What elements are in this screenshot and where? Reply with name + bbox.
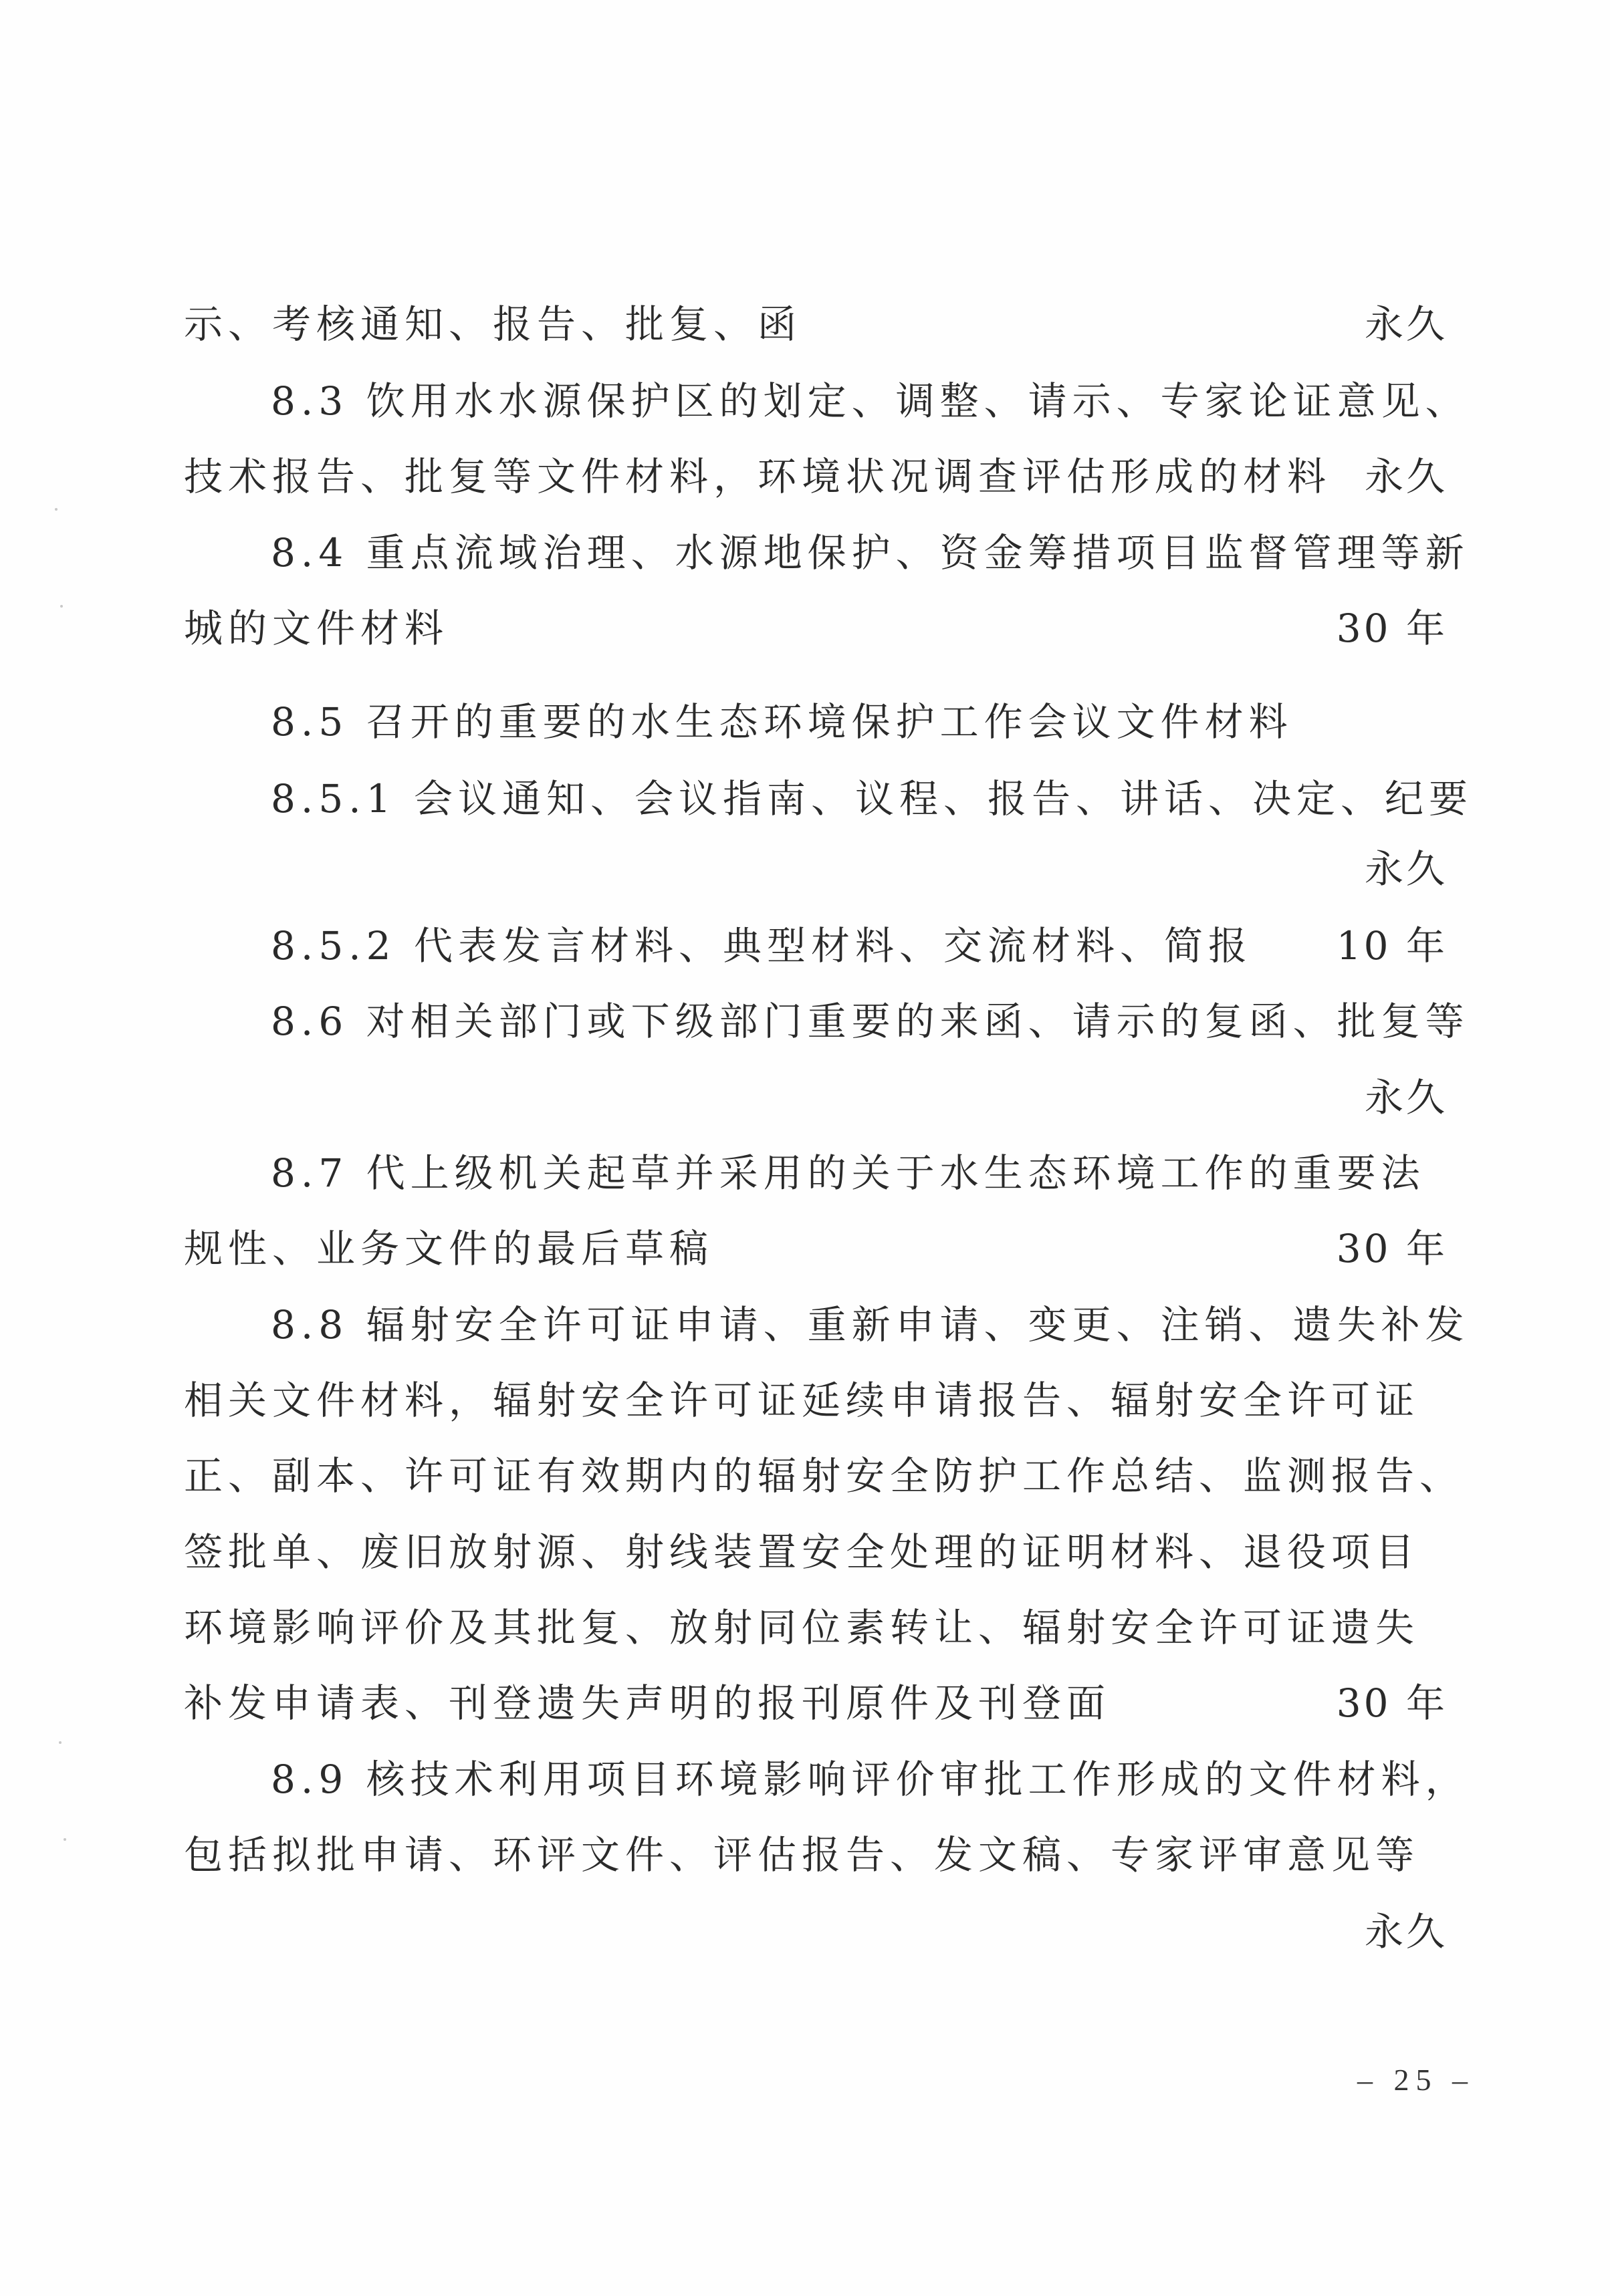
retention-period: 30 年	[1337, 598, 1448, 658]
text-line-item-8-4: 8.4 重点流域治理、水源地保护、资金筹措项目监督管理等新	[271, 523, 1448, 583]
scan-speck	[60, 605, 63, 608]
document-page: 示、考核通知、报告、批复、函 永久 8.3 饮用水水源保护区的划定、调整、请示、…	[0, 0, 1610, 2296]
line-text: 相关文件材料，辐射安全许可证延续申请报告、辐射安全许可证	[184, 1370, 1419, 1430]
line-text: 包括拟批申请、环评文件、评估报告、发文稿、专家评审意见等	[184, 1825, 1419, 1885]
line-text: 8.9 核技术利用项目环境影响评价审批工作形成的文件材料，	[271, 1749, 1470, 1809]
text-line: 环境影响评价及其批复、放射同位素转让、辐射安全许可证遗失	[184, 1598, 1448, 1658]
text-line-item-8-3: 8.3 饮用水水源保护区的划定、调整、请示、专家论证意见、	[271, 371, 1448, 431]
text-line-item-8-7: 8.7 代上级机关起草并采用的关于水生态环境工作的重要法	[271, 1143, 1448, 1203]
text-line: 包括拟批申请、环评文件、评估报告、发文稿、专家评审意见等	[184, 1825, 1448, 1885]
line-text: 8.3 饮用水水源保护区的划定、调整、请示、专家论证意见、	[271, 371, 1470, 431]
line-text: 补发申请表、刊登遗失声明的报刊原件及刊登面	[184, 1673, 1111, 1733]
retention-period: 永久	[1365, 1902, 1448, 1962]
text-line: 示、考核通知、报告、批复、函 永久	[184, 294, 1448, 354]
line-text: 签批单、废旧放射源、射线装置安全处理的证明材料、退役项目	[184, 1522, 1419, 1582]
retention-period: 永久	[1365, 294, 1448, 354]
text-line-item-8-6: 8.6 对相关部门或下级部门重要的来函、请示的复函、批复等	[271, 991, 1448, 1051]
text-line-item-8-5: 8.5 召开的重要的水生态环境保护工作会议文件材料	[271, 692, 1448, 752]
line-text: 环境影响评价及其批复、放射同位素转让、辐射安全许可证遗失	[184, 1598, 1419, 1658]
line-text: 示、考核通知、报告、批复、函	[184, 294, 802, 354]
text-line-item-8-9: 8.9 核技术利用项目环境影响评价审批工作形成的文件材料，	[271, 1749, 1448, 1809]
line-text: 8.5 召开的重要的水生态环境保护工作会议文件材料	[271, 692, 1293, 752]
text-line: 城的文件材料 30 年	[184, 598, 1448, 658]
text-line-item-8-5-1: 8.5.1 会议通知、会议指南、议程、报告、讲话、决定、纪要	[271, 769, 1448, 829]
text-line: 技术报告、批复等文件材料，环境状况调查评估形成的材料 永久	[184, 447, 1448, 507]
text-line: 规性、业务文件的最后草稿 30 年	[184, 1219, 1448, 1279]
text-line: 永久	[184, 1902, 1448, 1962]
page-number: – 25 –	[1357, 2062, 1474, 2097]
line-text: 正、副本、许可证有效期内的辐射安全防护工作总结、监测报告、	[184, 1446, 1464, 1506]
retention-period: 永久	[1365, 839, 1448, 899]
scan-speck	[55, 508, 57, 511]
text-line: 永久	[184, 1067, 1448, 1128]
line-text: 8.5.1 会议通知、会议指南、议程、报告、讲话、决定、纪要	[271, 769, 1473, 829]
retention-period: 30 年	[1337, 1219, 1448, 1279]
line-text: 8.5.2 代表发言材料、典型材料、交流材料、简报	[271, 916, 1252, 976]
text-line: 补发申请表、刊登遗失声明的报刊原件及刊登面 30 年	[184, 1673, 1448, 1733]
line-text: 技术报告、批复等文件材料，环境状况调查评估形成的材料	[184, 447, 1331, 507]
retention-period: 30 年	[1337, 1673, 1448, 1733]
text-line-item-8-5-2: 8.5.2 代表发言材料、典型材料、交流材料、简报 10 年	[271, 916, 1448, 976]
scan-speck	[59, 1741, 62, 1744]
retention-period: 永久	[1365, 447, 1448, 507]
text-line: 永久	[184, 839, 1448, 899]
line-text: 规性、业务文件的最后草稿	[184, 1219, 713, 1279]
retention-period: 永久	[1365, 1067, 1448, 1128]
line-text: 城的文件材料	[184, 598, 449, 658]
text-line-item-8-8: 8.8 辐射安全许可证申请、重新申请、变更、注销、遗失补发	[271, 1295, 1448, 1355]
text-line: 签批单、废旧放射源、射线装置安全处理的证明材料、退役项目	[184, 1522, 1448, 1582]
line-text: 8.4 重点流域治理、水源地保护、资金筹措项目监督管理等新	[271, 523, 1470, 583]
line-text: 8.8 辐射安全许可证申请、重新申请、变更、注销、遗失补发	[271, 1295, 1470, 1355]
scan-speck	[64, 1838, 66, 1841]
line-text: 8.6 对相关部门或下级部门重要的来函、请示的复函、批复等	[271, 991, 1470, 1051]
text-line: 正、副本、许可证有效期内的辐射安全防护工作总结、监测报告、	[184, 1446, 1448, 1506]
line-text: 8.7 代上级机关起草并采用的关于水生态环境工作的重要法	[271, 1143, 1425, 1203]
text-line: 相关文件材料，辐射安全许可证延续申请报告、辐射安全许可证	[184, 1370, 1448, 1430]
retention-period: 10 年	[1337, 916, 1448, 976]
